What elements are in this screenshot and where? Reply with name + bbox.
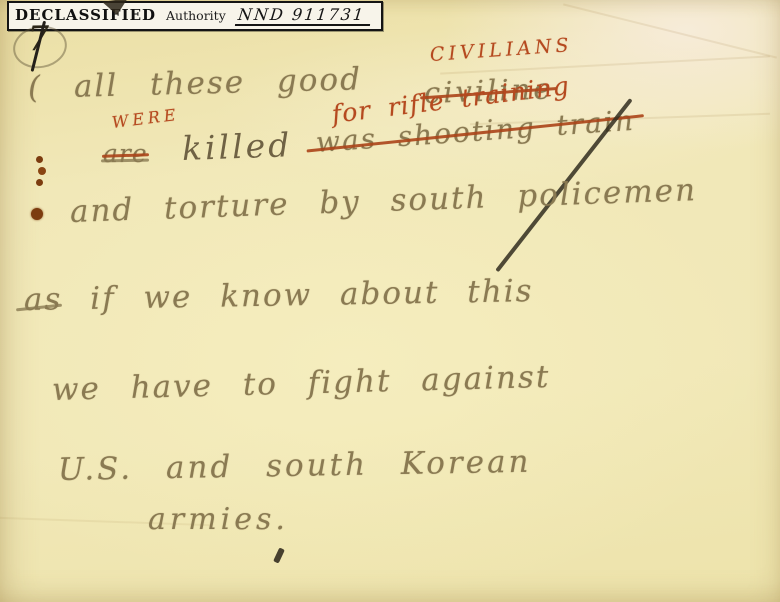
scanned-document: DECLASSIFIED Authority NND 911731 7 ( al… bbox=[0, 0, 780, 602]
handwritten-line-7: armies. bbox=[148, 502, 289, 537]
handwritten-line-5: we have to fight against bbox=[52, 359, 551, 408]
handwritten-line-2-killed: killed bbox=[181, 125, 293, 168]
stamp-authority-label: Authority bbox=[166, 8, 226, 23]
handwritten-line-2-struck-word: are bbox=[103, 139, 148, 168]
handwritten-line-4: as if we know about this bbox=[24, 273, 534, 318]
handwritten-line-6: U.S. and south Korean bbox=[58, 444, 532, 488]
stamp-authority-number: NND 911731 bbox=[235, 5, 372, 26]
ink-blot bbox=[38, 167, 46, 175]
ink-blot bbox=[36, 156, 43, 163]
handwritten-line-3: and torture by south policemen bbox=[69, 172, 697, 230]
stray-pen-mark bbox=[273, 547, 285, 563]
handwritten-line-1: ( all these good bbox=[28, 61, 363, 106]
paper-crease bbox=[563, 3, 777, 58]
ink-blot bbox=[31, 208, 43, 220]
red-correction-civilians: CIVILIANS bbox=[429, 34, 573, 66]
red-correction-were: WERE bbox=[111, 105, 181, 132]
ink-blot bbox=[36, 179, 43, 186]
declassified-stamp: DECLASSIFIED Authority NND 911731 bbox=[7, 1, 383, 31]
